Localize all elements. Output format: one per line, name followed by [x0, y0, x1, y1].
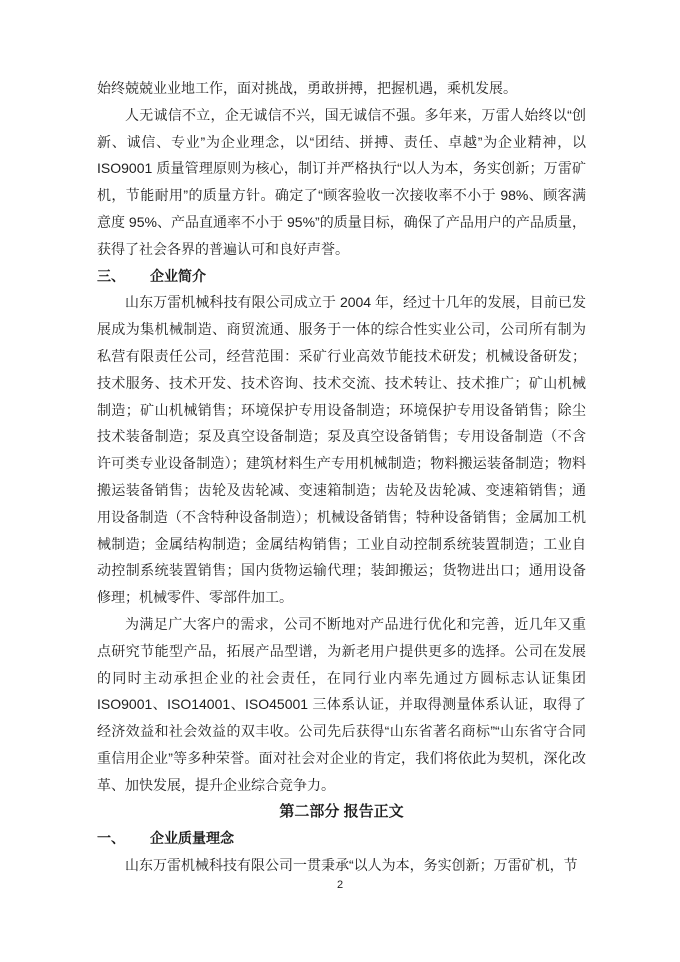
part-two-heading: 第二部分 报告正文: [97, 799, 586, 826]
section-number: 一、: [97, 825, 150, 852]
document-page: 始终兢兢业业地工作，面对挑战，勇敢拼搏，把握机遇，乘机发展。 人无诚信不立，企无…: [0, 0, 680, 962]
paragraph-customer-needs: 为满足广大客户的需求，公司不断地对产品进行优化和完善，近几年又重点研究节能型产品…: [97, 611, 586, 799]
section-title: 企业质量理念: [150, 830, 234, 846]
section-heading-company-profile: 三、企业简介: [97, 263, 586, 290]
paragraph-quality-opening: 山东万雷机械科技有限公司一贯秉承“以人为本，务实创新；万雷矿机，节: [97, 852, 586, 879]
page-number: 2: [0, 878, 680, 892]
paragraph-company-intro: 山东万雷机械科技有限公司成立于 2004 年，经过十几年的发展，目前已发展成为集…: [97, 289, 586, 611]
section-title: 企业简介: [150, 268, 206, 284]
paragraph-integrity: 人无诚信不立，企无诚信不兴，国无诚信不强。多年来，万雷人始终以“创新、诚信、专业…: [97, 102, 586, 263]
paragraph-work-ethic: 始终兢兢业业地工作，面对挑战，勇敢拼搏，把握机遇，乘机发展。: [97, 75, 586, 102]
section-heading-quality-philosophy: 一、企业质量理念: [97, 825, 586, 852]
section-number: 三、: [97, 263, 150, 290]
document-content: 始终兢兢业业地工作，面对挑战，勇敢拼搏，把握机遇，乘机发展。 人无诚信不立，企无…: [97, 75, 586, 879]
